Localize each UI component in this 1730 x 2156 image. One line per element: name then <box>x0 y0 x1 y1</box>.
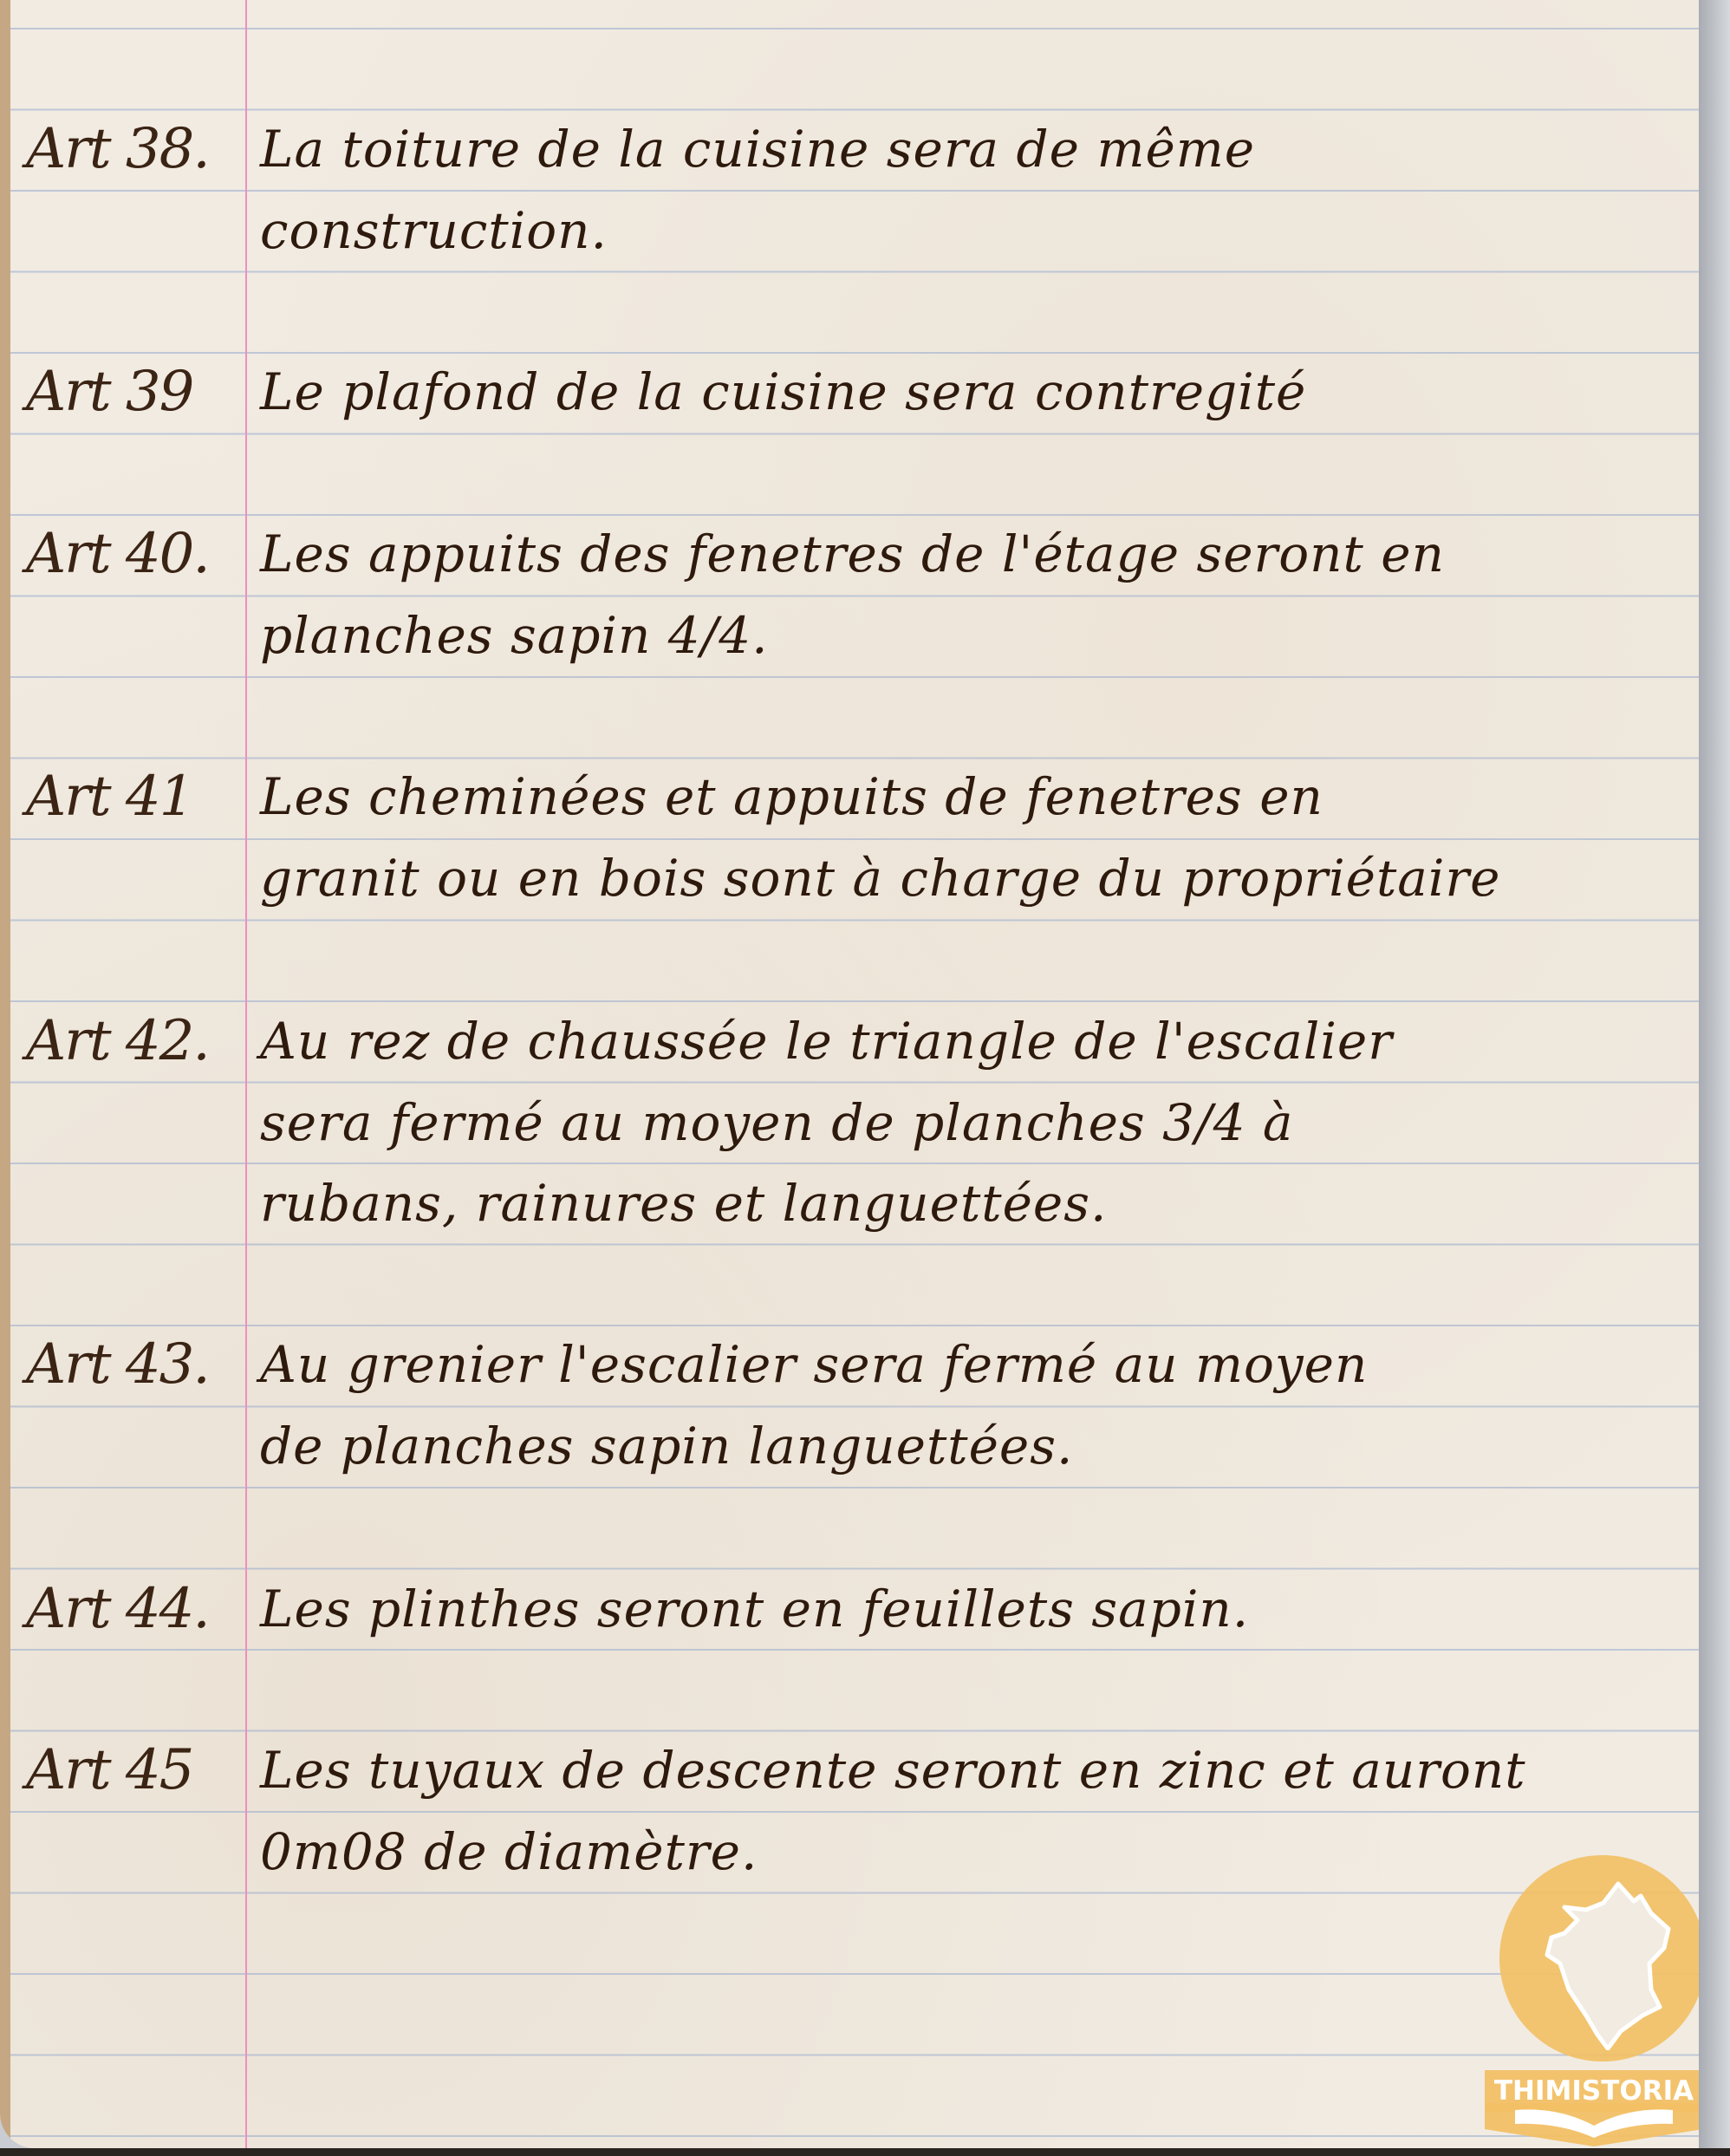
article-number: Art 43. <box>26 1325 243 1406</box>
article-text-line: construction. <box>260 191 1690 272</box>
article-text-line: Au rez de chaussée le triangle de l'esca… <box>260 1001 1690 1083</box>
article-number: Art 45 <box>26 1730 243 1812</box>
page-binding-edge <box>0 0 10 2148</box>
article-text: Les plinthes seront en feuillets sapin. <box>260 1569 1690 1651</box>
article-text: Les cheminées et appuits de fenetres eng… <box>260 757 1690 919</box>
article-number: Art 42. <box>26 1001 243 1083</box>
thimistoria-watermark: THIMISTORIA <box>1478 1847 1699 2146</box>
article-text-line: Les tuyaux de descente seront en zinc et… <box>260 1730 1690 1812</box>
article-text-line: granit ou en bois sont à charge du propr… <box>260 838 1690 920</box>
region-map-icon <box>1538 1877 1677 2050</box>
article-number: Art 39 <box>26 352 243 433</box>
article-text-line: Le plafond de la cuisine sera contregité <box>260 352 1690 433</box>
article-number: Art 40. <box>26 514 243 596</box>
article-text-line: Les plinthes seront en feuillets sapin. <box>260 1569 1690 1651</box>
article-number: Art 41 <box>26 757 243 838</box>
article-text: Les appuits des fenetres de l'étage sero… <box>260 514 1690 676</box>
article-text-line: Au grenier l'escalier sera fermé au moye… <box>260 1325 1690 1406</box>
scan-edge-bottom <box>0 2148 1730 2156</box>
margin-line <box>245 0 247 2148</box>
article-text: Le plafond de la cuisine sera contregité <box>260 352 1690 433</box>
article-text-line: rubans, rainures et languettées. <box>260 1163 1690 1245</box>
scan-edge-right <box>1699 0 1730 2156</box>
article-text-line: La toiture de la cuisine sera de même <box>260 109 1690 191</box>
article-text: Au rez de chaussée le triangle de l'esca… <box>260 1001 1690 1245</box>
notebook-page: Art 38.La toiture de la cuisine sera de … <box>0 0 1699 2148</box>
article-text-line: Les cheminées et appuits de fenetres en <box>260 757 1690 838</box>
article-text-line: sera fermé au moyen de planches 3/4 à <box>260 1083 1690 1164</box>
article-text: La toiture de la cuisine sera de mêmecon… <box>260 109 1690 271</box>
article-number: Art 38. <box>26 109 243 191</box>
article-text-line: Les appuits des fenetres de l'étage sero… <box>260 514 1690 596</box>
article-text-line: de planches sapin languettées. <box>260 1406 1690 1488</box>
article-number: Art 44. <box>26 1569 243 1651</box>
article-text: Au grenier l'escalier sera fermé au moye… <box>260 1325 1690 1487</box>
article-text: Les tuyaux de descente seront en zinc et… <box>260 1730 1690 1892</box>
open-book-icon <box>1485 2103 1699 2146</box>
article-text-line: 0m08 de diamètre. <box>260 1812 1690 1893</box>
article-text-line: planches sapin 4/4. <box>260 596 1690 677</box>
